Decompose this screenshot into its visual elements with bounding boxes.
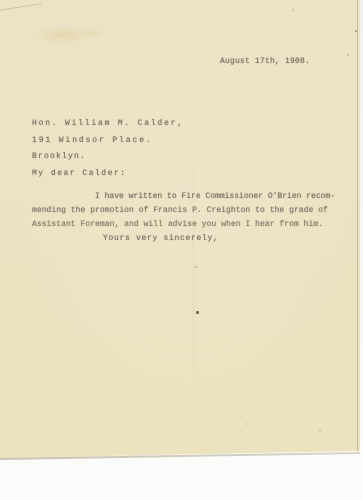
paper-speck bbox=[196, 311, 199, 314]
center-fold-line bbox=[193, 60, 194, 440]
body-line: Assistant Foreman, and will advise you w… bbox=[32, 220, 323, 229]
paper-speck bbox=[195, 266, 197, 268]
paper-speck bbox=[347, 54, 349, 56]
salutation-line: My dear Calder: bbox=[32, 169, 127, 178]
date-line: August 17th, 1908. bbox=[220, 57, 310, 66]
body-line: I have written to Fire Commissioner O'Br… bbox=[95, 192, 335, 201]
paper-right-edge bbox=[357, 0, 358, 452]
corner-crease bbox=[0, 3, 42, 11]
recipient-city-line: Brooklyn. bbox=[32, 152, 86, 161]
closing-line: Yours very sincerely, bbox=[103, 234, 219, 243]
body-line: mending the promotion of Francis P. Crei… bbox=[32, 206, 328, 215]
letter-paper: August 17th, 1908. Hon. William M. Calde… bbox=[0, 0, 360, 458]
recipient-name-line: Hon. William M. Calder, bbox=[32, 119, 184, 128]
recipient-street-line: 191 Windsor Place. bbox=[32, 136, 153, 145]
scan-background: August 17th, 1908. Hon. William M. Calde… bbox=[0, 0, 363, 500]
